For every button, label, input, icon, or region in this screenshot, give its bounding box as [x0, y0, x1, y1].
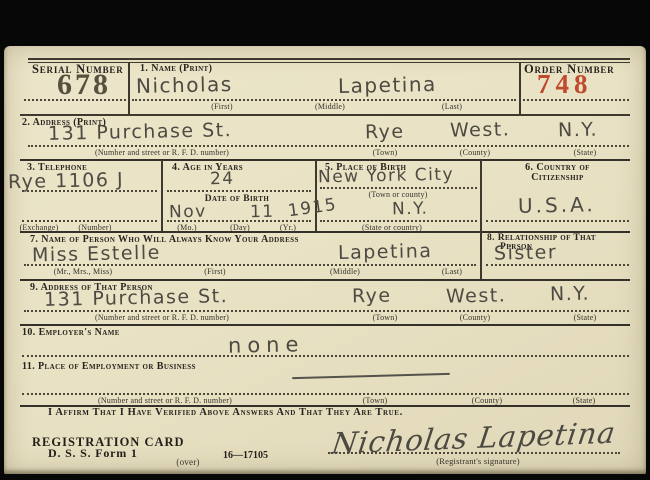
affirmation-text: I Affirm That I Have Verified Above Answ… [48, 407, 403, 418]
dotted-line-citizenship [486, 220, 629, 222]
dotted-line-telephone-bottom [22, 220, 157, 222]
dotted-line-address [28, 145, 629, 147]
citizenship-label-line2: Citizenship [487, 172, 628, 183]
dotted-line-employment [22, 393, 629, 395]
top-rule-outer [28, 58, 630, 60]
citizenship-handwriting: U.S.A. [518, 192, 596, 218]
rule-under-contact-address-row [20, 324, 630, 327]
address-sub-street: (Number and street or R. F. D. number) [42, 148, 282, 157]
address-town-handwriting: Rye [365, 121, 405, 144]
address-sub-state: (State) [555, 148, 615, 157]
name-sub-middle: (Middle) [300, 102, 360, 111]
name-sub-last: (Last) [422, 102, 482, 111]
name-last-handwriting: Lapetina [338, 72, 437, 98]
contact-address-sub-state: (State) [555, 313, 615, 322]
form-number: D. S. S. Form 1 [48, 446, 138, 461]
name-sub-first: (First) [192, 102, 252, 111]
print-code: 16—17105 [223, 450, 268, 461]
rule-under-contact-row [20, 279, 630, 282]
age-value-handwriting: 24 [210, 169, 235, 190]
over-note: (over) [168, 457, 208, 467]
birth-sub-state: (State or country) [332, 223, 452, 232]
dotted-line-contact-address [24, 310, 629, 312]
address-sub-town: (Town) [355, 148, 415, 157]
vrule-serial-name [128, 62, 130, 114]
contact-address-sub-town: (Town) [355, 313, 415, 322]
dotted-line-employer [22, 355, 629, 357]
address-sub-county: (County) [445, 148, 505, 157]
birth-state-handwriting: N.Y. [392, 199, 429, 220]
vrule-name-order [519, 62, 521, 114]
address-street-handwriting: 131 Purchase St. [48, 119, 233, 145]
employment-sub-state: (State) [554, 396, 614, 405]
dob-month-handwriting: Nov [169, 202, 207, 223]
telephone-handwriting: Rye 1106 J [8, 169, 125, 193]
contact-sub-first: (First) [185, 267, 245, 276]
serial-number-value: 678 [46, 68, 122, 102]
rule-under-address-row [20, 159, 630, 162]
contact-address-town-handwriting: Rye [352, 285, 392, 308]
relationship-handwriting: Sister [494, 241, 558, 264]
employment-sub-town: (Town) [345, 396, 405, 405]
vrule-telephone-age [161, 160, 163, 231]
contact-sub-last: (Last) [422, 267, 482, 276]
rule-under-name-row [20, 114, 630, 116]
telephone-sub-exchange: (Exchange) [9, 223, 69, 232]
employment-sub-street: (Number and street or R. F. D. number) [45, 396, 285, 405]
contact-address-street-handwriting: 131 Purchase St. [44, 285, 229, 311]
dotted-line-birth-state [320, 220, 477, 222]
employer-label: 10. Employer's Name [22, 327, 120, 338]
contact-first-handwriting: Miss Estelle [32, 242, 161, 267]
vrule-birth-citizenship [480, 160, 482, 279]
name-first-handwriting: Nicholas [136, 72, 233, 98]
contact-sub-middle: (Middle) [315, 267, 375, 276]
scanned-registration-card-photo: Serial Number 678 1. Name (Print) Nichol… [0, 0, 650, 480]
telephone-sub-number: (Number) [65, 223, 125, 232]
contact-address-sub-county: (County) [445, 313, 505, 322]
contact-sub-title: (Mr., Mrs., Miss) [28, 267, 138, 276]
address-state-handwriting: N.Y. [558, 119, 599, 142]
dob-sub-day: (Day) [215, 223, 265, 232]
contact-address-sub-street: (Number and street or R. F. D. number) [42, 313, 282, 322]
dotted-line-age [167, 190, 311, 192]
employer-handwriting: none [228, 332, 305, 358]
dotted-line-name [132, 99, 516, 101]
birth-sub-town: (Town or county) [338, 190, 458, 199]
dotted-line-birth-town [320, 187, 477, 189]
dob-day-handwriting: 11 [250, 202, 275, 223]
contact-address-state-handwriting: N.Y. [550, 283, 591, 306]
employment-label: 11. Place of Employment or Business [22, 361, 196, 372]
dob-sub-yr: (Yr.) [263, 223, 313, 232]
vrule-age-birth [315, 160, 317, 231]
address-county-handwriting: West. [450, 118, 511, 141]
contact-last-handwriting: Lapetina [338, 240, 433, 264]
birth-town-handwriting: New York City [318, 165, 454, 188]
employment-sub-county: (County) [457, 396, 517, 405]
dob-sub-mo: (Mo.) [162, 223, 212, 232]
order-number-value: 748 [537, 69, 593, 100]
contact-address-county-handwriting: West. [446, 284, 507, 307]
signature-sub-label: (Registrant's signature) [408, 456, 548, 466]
